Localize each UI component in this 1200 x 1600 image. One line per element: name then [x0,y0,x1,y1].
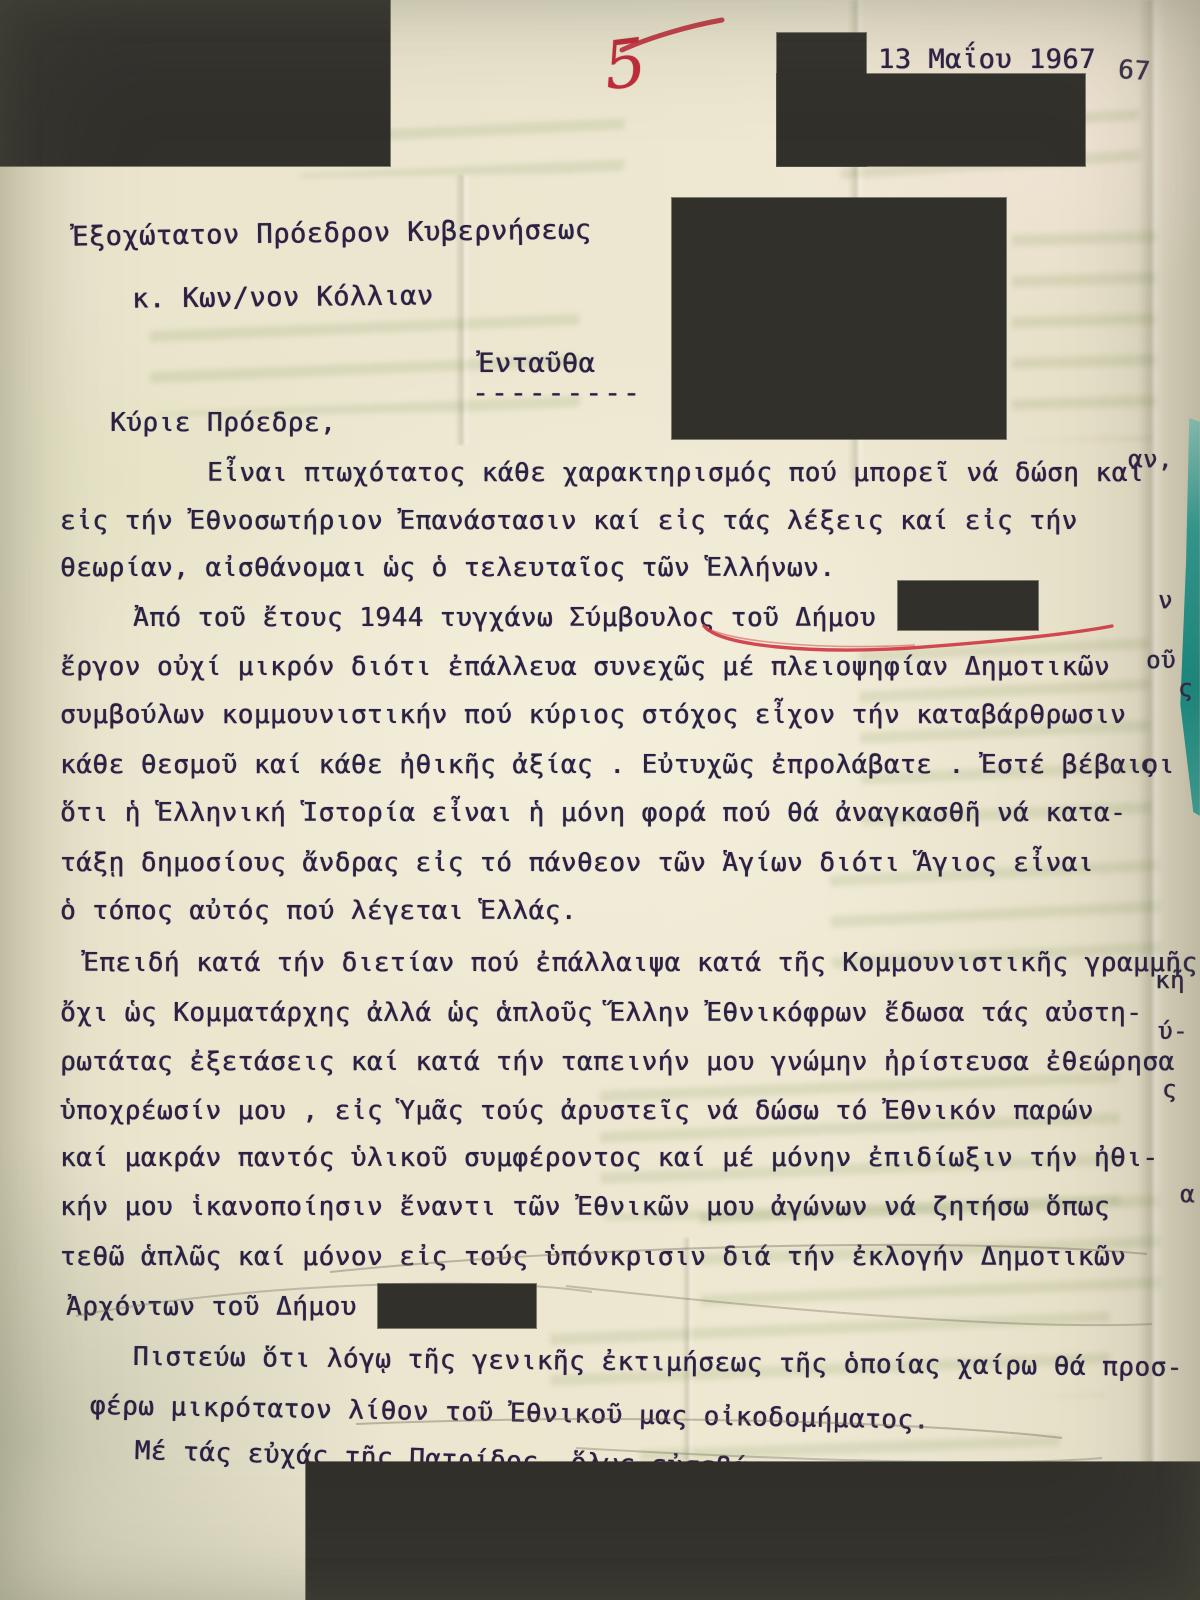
edge-fragment: κῆ [1155,966,1185,994]
letter-line: θεωρίαν, αἰσθάνομαι ὡς ὁ τελευταῖος τῶν … [60,553,835,583]
letter-line: κάθε θεσμοῦ καί κάθε ἠθικῆς ἀξίας . Εὐτυ… [60,750,1175,780]
redaction-box-municipality-1 [898,581,1038,630]
letter-line: τάξῃ δημοσίους ἄνδρας εἰς τό πάνθεον τῶν… [60,848,1094,878]
edge-fragment: αν, [1128,445,1173,473]
letter-line: Ἐπειδή κατά τήν διετίαν πού ἐπάλλαιψα κα… [83,948,1198,978]
handwritten-stroke [600,10,730,62]
ink-bleed-through [1012,205,1157,440]
edge-fragment: ς [1178,674,1193,702]
letter-line: καί μακράν παντός ὑλικοῦ συμφέροντος καί… [60,1143,1158,1173]
letter-line: εἰς τήν Ἐθνοσωτήριον Ἐπανάστασιν καί εἰς… [60,506,1078,536]
edge-fragment: α [1180,1180,1195,1208]
letter-line: ὑποχρέωσίν μου , εἰς Ὑμᾶς τούς ἀρυστεῖς … [60,1096,1094,1126]
edge-fragment: ύ- [1158,1017,1188,1045]
redaction-box-signature [306,1462,1200,1600]
scanned-letter-page: 5 13 Μαΐου 1967 67 Ἐξοχώτατον Πρόεδρον Κ… [0,0,1200,1600]
edge-fragment: ς [1162,1075,1177,1103]
pencil-arc [560,1272,1160,1344]
letter-line: ὁ τόπος αὐτός πού λέγεται Ἑλλάς. [60,896,577,926]
letter-line: Εἶναι πτωχότατος κάθε χαρακτηρισμός πού … [207,458,1144,488]
edge-fragment: ν [1158,586,1173,614]
page-number: 67 [1117,55,1151,87]
recipient-underline: --------- [472,376,642,409]
redaction-box-central [672,198,1006,439]
letter-line: ὅτι ἡ Ἑλληνική Ἱστορία εἶναι ἡ μόνη φορά… [60,798,1126,828]
redaction-box-top-right-b [777,74,1085,166]
recipient-line: Ἐξοχώτατον Πρόεδρον Κυβερνήσεως [72,214,592,252]
letter-date: 13 Μαΐου 1967 [878,44,1096,75]
recipient-line: Ἐνταῦθα [478,348,595,379]
letter-line: ὄχι ὡς Κομματάρχης ἀλλά ὡς ἁπλοῦς Ἕλλην … [60,998,1142,1028]
letter-line: κήν μου ἱκανοποίησιν ἔναντι τῶν Ἐθνικῶν … [60,1192,1110,1222]
edge-fragment: οῦ [1146,646,1176,674]
letter-line: συμβούλων κομμουνιστικήν πού κύριος στόχ… [60,700,1126,730]
edge-fragment: ς [1140,750,1155,778]
recipient-line: κ. Κων/νον Κόλλιαν [132,280,434,314]
salutation: Κύριε Πρόεδρε, [110,408,336,438]
letter-line: ρωτάτας ἐξετάσεις καί κατά τήν ταπεινήν … [60,1047,1175,1077]
redaction-box-top-left [0,0,390,166]
adjacent-book-edge [1176,418,1200,816]
redaction-box-municipality-2 [378,1284,536,1328]
